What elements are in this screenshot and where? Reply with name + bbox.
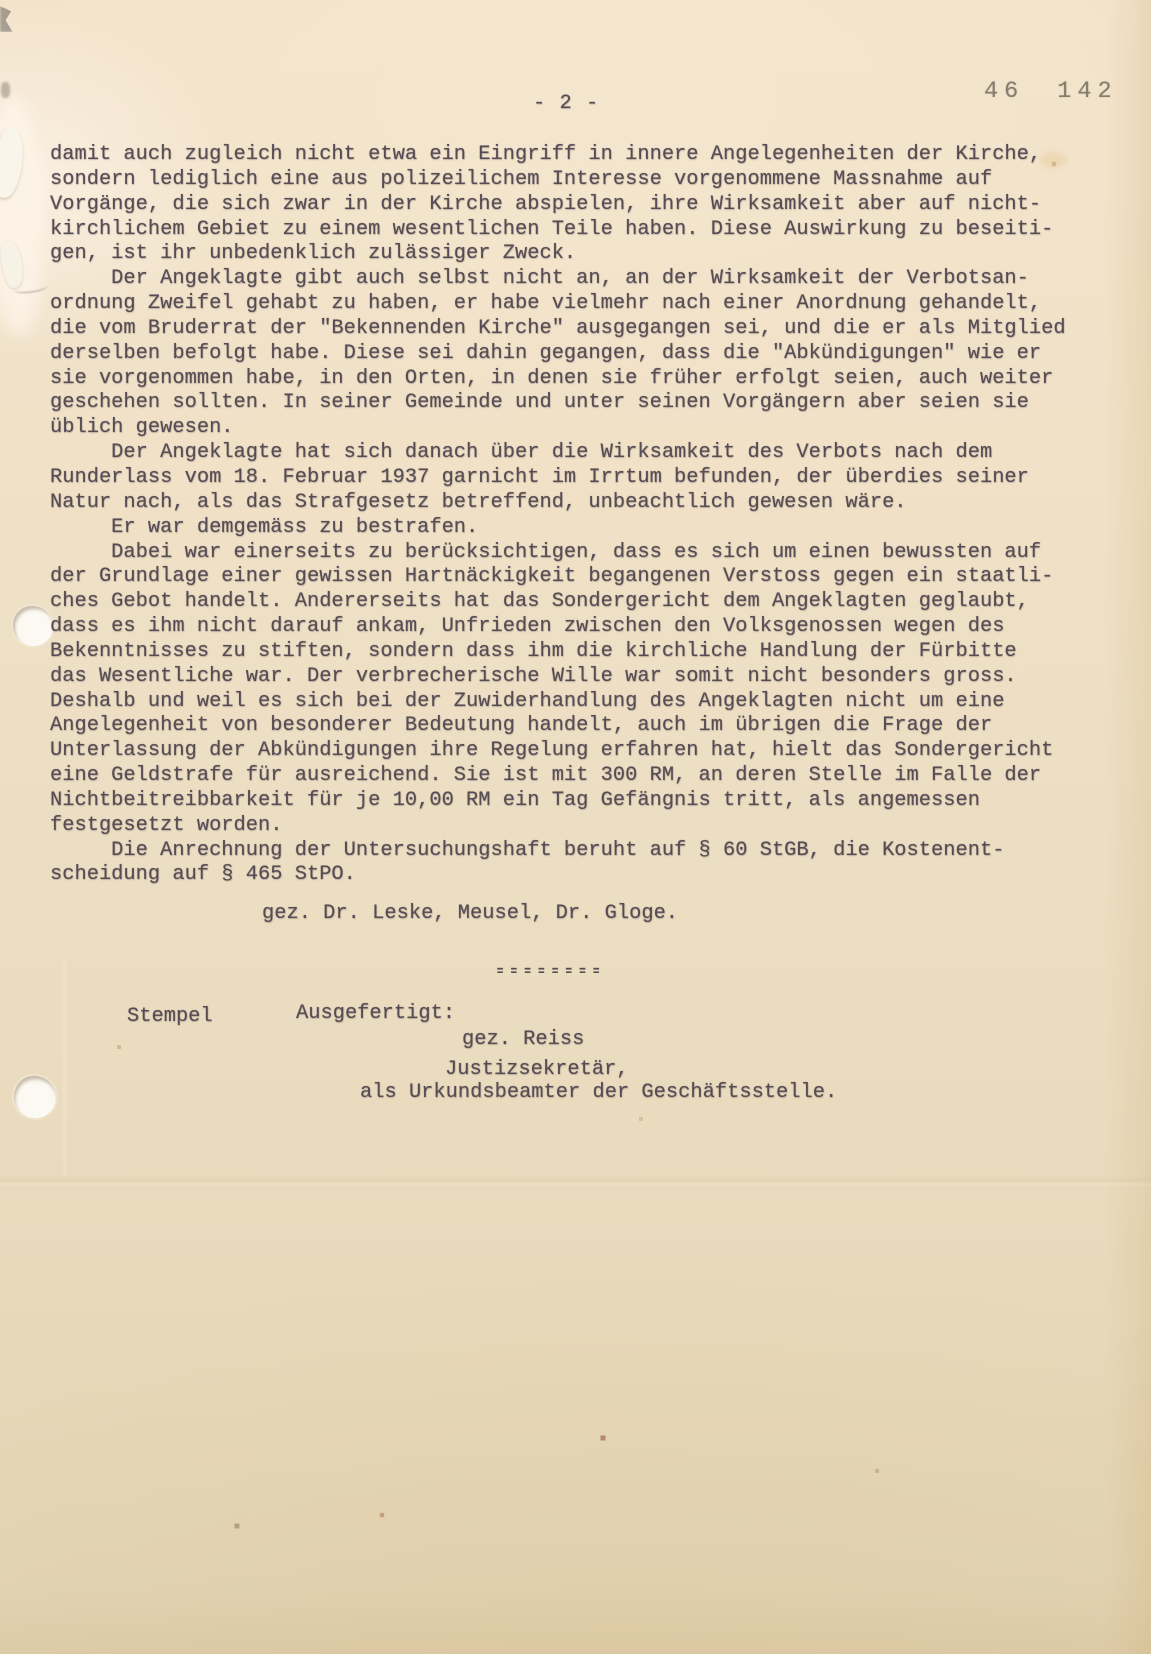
paper-scuff-mark bbox=[1, 82, 10, 98]
stamp-placeholder-label: Stempel bbox=[127, 1005, 213, 1030]
punch-hole-bottom bbox=[10, 1072, 60, 1122]
punch-hole-top bbox=[13, 606, 53, 646]
paper-crease-horizontal bbox=[0, 1176, 1151, 1188]
clerk-title: Justizsekretär, bbox=[445, 1058, 629, 1083]
paper-scuff-mark bbox=[0, 6, 14, 32]
file-number-stamp: 46 142 bbox=[984, 78, 1118, 105]
clerk-role: als Urkundsbeamter der Geschäftsstelle. bbox=[360, 1081, 837, 1106]
paper-crease-vertical bbox=[63, 960, 66, 1175]
issued-label: Ausgefertigt: bbox=[296, 1002, 455, 1027]
scanned-document-page: - 2 - 46 142 damit auch zugleich nicht e… bbox=[0, 0, 1151, 1654]
page-number: - 2 - bbox=[533, 92, 599, 117]
dashed-separator: -------- bbox=[494, 958, 604, 983]
judges-signature-line: gez. Dr. Leske, Meusel, Dr. Gloge. bbox=[262, 902, 678, 927]
paper-specks bbox=[0, 0, 2, 2]
judgment-body-text: damit auch zugleich nicht etwa ein Eingr… bbox=[50, 143, 1066, 888]
clerk-signature: gez. Reiss bbox=[462, 1028, 584, 1053]
